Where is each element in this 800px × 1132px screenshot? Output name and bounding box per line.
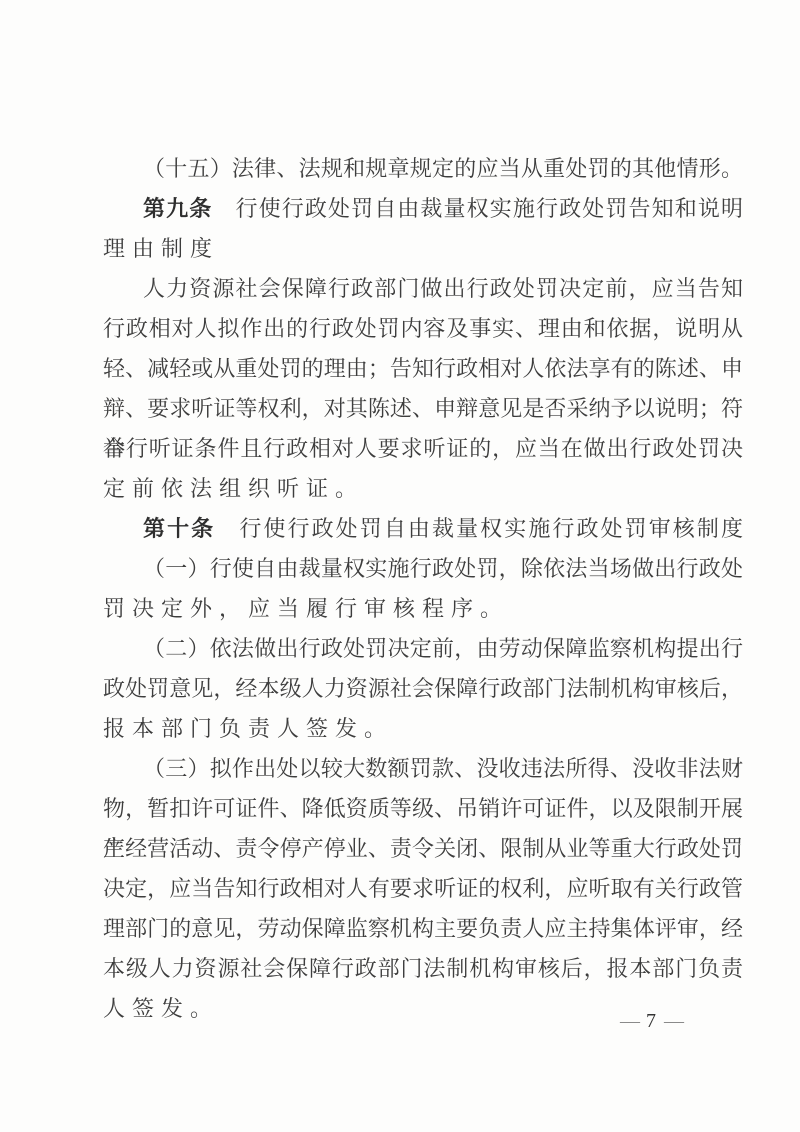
text-line: 物，暂扣许可证件、降低资质等级、吊销许可证件，以及限制开展生	[103, 789, 743, 829]
text-line: 行政相对人拟作出的行政处罚内容及事实、理由和依据，说明从	[103, 309, 743, 349]
text-line: 理由制度	[103, 229, 743, 269]
article-title-text: 行使行政处罚自由裁量权实施行政处罚告知和说明	[212, 196, 743, 221]
text-line: 定前依法组织听证。	[103, 469, 743, 509]
text-line: 轻、减轻或从重处罚的理由；告知行政相对人依法享有的陈述、申	[103, 349, 743, 389]
document-body: （十五）法律、法规和规章规定的应当从重处罚的其他情形。第九条 行使行政处罚自由裁…	[103, 149, 743, 1029]
page-number-dash-left: —	[620, 1010, 640, 1032]
text-line: （二）依法做出行政处罚决定前，由劳动保障监察机构提出行	[103, 629, 743, 669]
text-line: 报本部门负责人签发。	[103, 709, 743, 749]
text-line: 举行听证条件且行政相对人要求听证的，应当在做出行政处罚决	[103, 429, 743, 469]
article-number: 第九条	[143, 196, 212, 221]
page-number-dash-right: —	[664, 1010, 684, 1032]
article-title-text: 行使行政处罚自由裁量权实施行政处罚审核制度	[215, 516, 743, 541]
text-line: 罚决定外，应当履行审核程序。	[103, 589, 743, 629]
text-line: （一）行使自由裁量权实施行政处罚，除依法当场做出行政处	[103, 549, 743, 589]
text-line: （三）拟作出处以较大数额罚款、没收违法所得、没收非法财	[103, 749, 743, 789]
article-heading-line: 第九条 行使行政处罚自由裁量权实施行政处罚告知和说明	[103, 189, 743, 229]
text-line: （十五）法律、法规和规章规定的应当从重处罚的其他情形。	[103, 149, 743, 189]
page-number: —7—	[620, 1008, 710, 1034]
page-number-value: 7	[640, 1010, 664, 1032]
text-line: 辩、要求听证等权利，对其陈述、申辩意见是否采纳予以说明；符合	[103, 389, 743, 429]
text-line: 人力资源社会保障行政部门做出行政处罚决定前，应当告知	[103, 269, 743, 309]
text-line: 理部门的意见，劳动保障监察机构主要负责人应主持集体评审，经	[103, 909, 743, 949]
text-line: 决定，应当告知行政相对人有要求听证的权利，应听取有关行政管	[103, 869, 743, 909]
text-line: 本级人力资源社会保障行政部门法制机构审核后，报本部门负责	[103, 949, 743, 989]
article-heading-line: 第十条 行使行政处罚自由裁量权实施行政处罚审核制度	[103, 509, 743, 549]
text-line: 产经营活动、责令停产停业、责令关闭、限制从业等重大行政处罚	[103, 829, 743, 869]
article-number: 第十条	[143, 516, 215, 541]
document-page: （十五）法律、法规和规章规定的应当从重处罚的其他情形。第九条 行使行政处罚自由裁…	[0, 0, 800, 1132]
text-line: 政处罚意见，经本级人力资源社会保障行政部门法制机构审核后，	[103, 669, 743, 709]
